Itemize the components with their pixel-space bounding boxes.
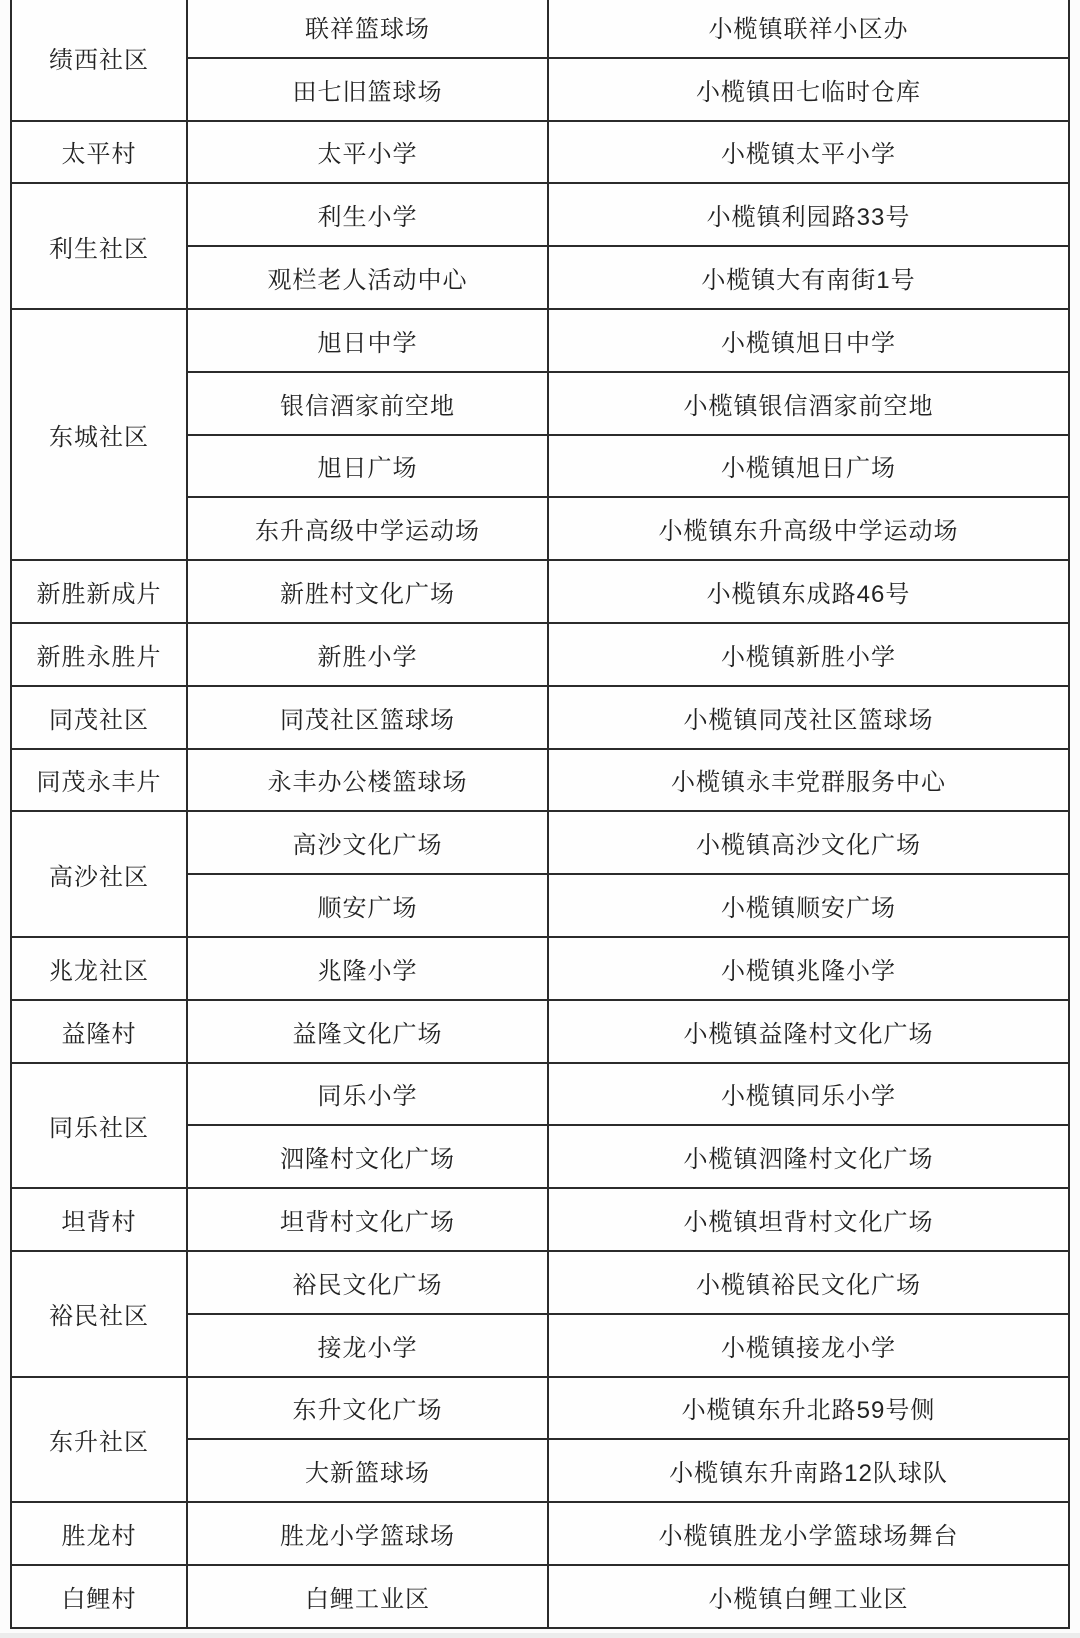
address-cell: 小榄镇联祥小区办 — [548, 0, 1069, 58]
area-cell: 白鲤村 — [11, 1565, 187, 1628]
table-row: 同茂社区 同茂社区篮球场 小榄镇同茂社区篮球场 — [11, 686, 1069, 749]
address-cell: 小榄镇高沙文化广场 — [548, 811, 1069, 874]
address-cell: 小榄镇旭日中学 — [548, 309, 1069, 372]
venue-cell: 坦背村文化广场 — [187, 1188, 548, 1251]
address-cell: 小榄镇大有南街1号 — [548, 246, 1069, 309]
venue-cell: 东升文化广场 — [187, 1377, 548, 1440]
address-cell: 小榄镇白鲤工业区 — [548, 1565, 1069, 1628]
address-cell: 小榄镇田七临时仓库 — [548, 58, 1069, 121]
venue-cell: 利生小学 — [187, 183, 548, 246]
address-cell: 小榄镇旭日广场 — [548, 435, 1069, 498]
venue-cell: 顺安广场 — [187, 874, 548, 937]
address-cell: 小榄镇太平小学 — [548, 121, 1069, 184]
area-cell: 高沙社区 — [11, 811, 187, 937]
table-row: 兆龙社区 兆隆小学 小榄镇兆隆小学 — [11, 937, 1069, 1000]
venue-cell: 接龙小学 — [187, 1314, 548, 1377]
address-cell: 小榄镇接龙小学 — [548, 1314, 1069, 1377]
venue-cell: 益隆文化广场 — [187, 1000, 548, 1063]
table-row: 坦背村 坦背村文化广场 小榄镇坦背村文化广场 — [11, 1188, 1069, 1251]
address-cell: 小榄镇永丰党群服务中心 — [548, 749, 1069, 812]
address-cell: 小榄镇胜龙小学篮球场舞台 — [548, 1502, 1069, 1565]
address-cell: 小榄镇利园路33号 — [548, 183, 1069, 246]
venue-cell: 田七旧篮球场 — [187, 58, 548, 121]
area-cell: 新胜新成片 — [11, 560, 187, 623]
area-cell: 同乐社区 — [11, 1063, 187, 1189]
table-row: 裕民社区 裕民文化广场 小榄镇裕民文化广场 — [11, 1251, 1069, 1314]
address-cell: 小榄镇益隆村文化广场 — [548, 1000, 1069, 1063]
venue-cell: 银信酒家前空地 — [187, 372, 548, 435]
venues-table-container: 绩西社区 联祥篮球场 小榄镇联祥小区办 田七旧篮球场 小榄镇田七临时仓库 太平村… — [10, 0, 1070, 1629]
address-cell: 小榄镇泗隆村文化广场 — [548, 1125, 1069, 1188]
address-cell: 小榄镇银信酒家前空地 — [548, 372, 1069, 435]
area-cell: 裕民社区 — [11, 1251, 187, 1377]
venue-cell: 同乐小学 — [187, 1063, 548, 1126]
venue-cell: 白鲤工业区 — [187, 1565, 548, 1628]
table-row: 新胜新成片 新胜村文化广场 小榄镇东成路46号 — [11, 560, 1069, 623]
address-cell: 小榄镇兆隆小学 — [548, 937, 1069, 1000]
table-row: 东升社区 东升文化广场 小榄镇东升北路59号侧 — [11, 1377, 1069, 1440]
area-cell: 东升社区 — [11, 1377, 187, 1503]
venue-cell: 联祥篮球场 — [187, 0, 548, 58]
venue-cell: 胜龙小学篮球场 — [187, 1502, 548, 1565]
area-cell: 利生社区 — [11, 183, 187, 309]
address-cell: 小榄镇裕民文化广场 — [548, 1251, 1069, 1314]
table-row: 利生社区 利生小学 小榄镇利园路33号 — [11, 183, 1069, 246]
venue-cell: 旭日广场 — [187, 435, 548, 498]
area-cell: 太平村 — [11, 121, 187, 184]
address-cell: 小榄镇顺安广场 — [548, 874, 1069, 937]
table-row: 高沙社区 高沙文化广场 小榄镇高沙文化广场 — [11, 811, 1069, 874]
address-cell: 小榄镇同茂社区篮球场 — [548, 686, 1069, 749]
table-row: 同乐社区 同乐小学 小榄镇同乐小学 — [11, 1063, 1069, 1126]
page-bottom-edge — [0, 1633, 1080, 1638]
address-cell: 小榄镇同乐小学 — [548, 1063, 1069, 1126]
area-cell: 胜龙村 — [11, 1502, 187, 1565]
venue-cell: 高沙文化广场 — [187, 811, 548, 874]
table-row: 太平村 太平小学 小榄镇太平小学 — [11, 121, 1069, 184]
venue-cell: 旭日中学 — [187, 309, 548, 372]
area-cell: 坦背村 — [11, 1188, 187, 1251]
table-row: 同茂永丰片 永丰办公楼篮球场 小榄镇永丰党群服务中心 — [11, 749, 1069, 812]
area-cell: 新胜永胜片 — [11, 623, 187, 686]
area-cell: 兆龙社区 — [11, 937, 187, 1000]
area-cell: 同茂永丰片 — [11, 749, 187, 812]
venue-cell: 观栏老人活动中心 — [187, 246, 548, 309]
table-row: 新胜永胜片 新胜小学 小榄镇新胜小学 — [11, 623, 1069, 686]
venue-cell: 太平小学 — [187, 121, 548, 184]
address-cell: 小榄镇新胜小学 — [548, 623, 1069, 686]
address-cell: 小榄镇东升北路59号侧 — [548, 1377, 1069, 1440]
venue-cell: 大新篮球场 — [187, 1439, 548, 1502]
table-row: 东城社区 旭日中学 小榄镇旭日中学 — [11, 309, 1069, 372]
table-row: 胜龙村 胜龙小学篮球场 小榄镇胜龙小学篮球场舞台 — [11, 1502, 1069, 1565]
area-cell: 同茂社区 — [11, 686, 187, 749]
venue-cell: 同茂社区篮球场 — [187, 686, 548, 749]
table-row: 益隆村 益隆文化广场 小榄镇益隆村文化广场 — [11, 1000, 1069, 1063]
venue-cell: 裕民文化广场 — [187, 1251, 548, 1314]
venue-cell: 泗隆村文化广场 — [187, 1125, 548, 1188]
area-cell: 益隆村 — [11, 1000, 187, 1063]
table-row: 绩西社区 联祥篮球场 小榄镇联祥小区办 — [11, 0, 1069, 58]
area-cell: 东城社区 — [11, 309, 187, 560]
table-row: 白鲤村 白鲤工业区 小榄镇白鲤工业区 — [11, 1565, 1069, 1628]
venue-cell: 兆隆小学 — [187, 937, 548, 1000]
venue-cell: 永丰办公楼篮球场 — [187, 749, 548, 812]
venue-cell: 新胜村文化广场 — [187, 560, 548, 623]
area-cell: 绩西社区 — [11, 0, 187, 121]
address-cell: 小榄镇东成路46号 — [548, 560, 1069, 623]
venue-cell: 东升高级中学运动场 — [187, 497, 548, 560]
address-cell: 小榄镇东升高级中学运动场 — [548, 497, 1069, 560]
address-cell: 小榄镇坦背村文化广场 — [548, 1188, 1069, 1251]
venue-cell: 新胜小学 — [187, 623, 548, 686]
venues-table: 绩西社区 联祥篮球场 小榄镇联祥小区办 田七旧篮球场 小榄镇田七临时仓库 太平村… — [10, 0, 1070, 1629]
address-cell: 小榄镇东升南路12队球队 — [548, 1439, 1069, 1502]
